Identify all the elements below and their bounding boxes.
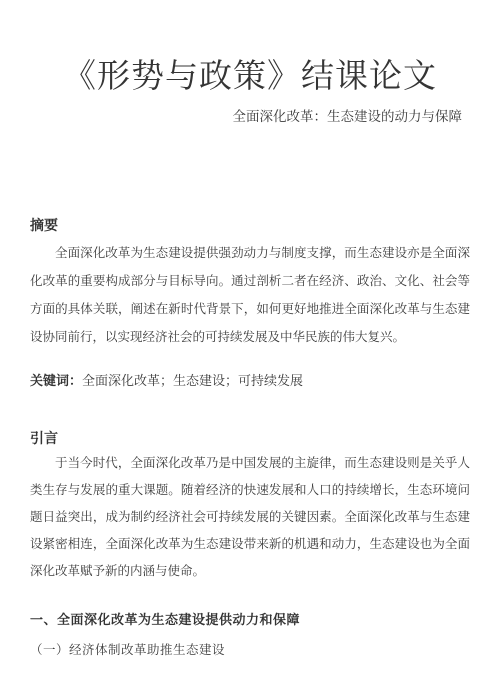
paper-content: 《形势与政策》结课论文 全面深化改革：生态建设的动力与保障 摘要 全面深化改革为… [0,55,500,660]
introduction-paragraph: 于当今时代，全面深化改革乃是中国发展的主旋律，而生态建设则是关乎人类生存与发展的… [30,450,470,585]
introduction-heading: 引言 [30,428,470,448]
keywords-line: 关键词：全面深化改革；生态建设；可持续发展 [30,371,470,391]
paper-page: 《形势与政策》结课论文 全面深化改革：生态建设的动力与保障 摘要 全面深化改革为… [0,0,500,694]
paper-title: 《形势与政策》结课论文 [30,55,470,99]
paper-subtitle: 全面深化改革：生态建设的动力与保障 [30,107,470,127]
keywords-text: 全面深化改革；生态建设；可持续发展 [82,373,303,388]
section-1-subsection-1-heading: （一）经济体制改革助推生态建设 [30,640,470,660]
abstract-heading: 摘要 [30,215,470,235]
section-1-heading: 一、全面深化改革为生态建设提供动力和保障 [30,610,470,630]
keywords-label: 关键词： [30,373,82,388]
abstract-paragraph: 全面深化改革为生态建设提供强劲动力与制度支撑，而生态建设亦是全面深化改革的重要构… [30,239,470,351]
